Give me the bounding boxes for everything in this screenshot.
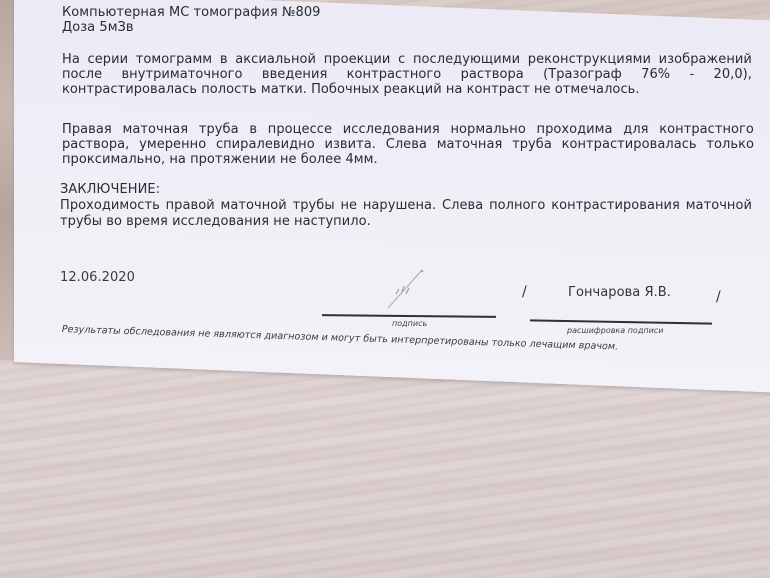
conclusion-line1: Проходимость правой маточной трубы не на… xyxy=(60,198,752,213)
word: маточной xyxy=(221,198,287,213)
word: извита. xyxy=(324,137,376,152)
dose-info: Доза 5мЗв xyxy=(62,20,134,35)
handwritten-signature-icon xyxy=(382,264,432,314)
word: в xyxy=(249,122,257,137)
word: не xyxy=(340,198,357,213)
disclaimer-text: Результаты обследования не являются диаг… xyxy=(62,324,619,352)
word: нарушена. xyxy=(363,198,436,213)
word: 76% xyxy=(641,67,670,82)
word: маточная xyxy=(437,137,503,152)
word: Слева xyxy=(442,198,483,213)
word: правой xyxy=(166,198,215,213)
conclusion-heading: ЗАКЛЮЧЕНИЕ: xyxy=(60,182,160,197)
word: серии xyxy=(88,52,129,67)
word: - xyxy=(689,67,694,82)
word: (Тразограф xyxy=(543,67,622,82)
word: для xyxy=(623,122,648,137)
word: спиралевидно xyxy=(216,137,315,152)
signature-line xyxy=(322,314,496,318)
signature-label: подпись xyxy=(392,319,427,328)
word: только xyxy=(706,137,754,152)
paragraph2-line2: раствора, умеренно спиралевидно извита. … xyxy=(62,137,754,152)
word: умеренно xyxy=(139,137,206,152)
report-content: Компьютерная МС томография №809 Доза 5мЗ… xyxy=(0,0,770,400)
word: реконструкциями xyxy=(528,52,651,67)
slash-left: / xyxy=(522,284,527,300)
word: аксиальной xyxy=(235,52,316,67)
word: контрастировалась xyxy=(562,137,697,152)
conclusion-line2: трубы во время исследования не наступило… xyxy=(60,214,371,229)
report-title: Компьютерная МС томография №809 xyxy=(62,5,321,20)
word: контрастирования xyxy=(551,198,680,213)
word: полного xyxy=(489,198,545,213)
word: нормально xyxy=(450,122,525,137)
slash-right: / xyxy=(716,289,721,305)
word: с xyxy=(398,52,405,67)
word: На xyxy=(62,52,80,67)
word: проекции xyxy=(324,52,391,67)
word: контрастного xyxy=(659,122,754,137)
word: Слева xyxy=(386,137,427,152)
report-date: 12.06.2020 xyxy=(60,270,135,285)
paragraph1-line3: контрастировалась полость матки. Побочны… xyxy=(62,82,640,97)
word: труба xyxy=(512,137,552,152)
word: исследования xyxy=(343,122,440,137)
paragraph1-line2: после внутриматочного введения контрастн… xyxy=(62,67,752,82)
word: раствора xyxy=(461,67,524,82)
word: после xyxy=(62,67,102,82)
word: раствора, xyxy=(62,137,129,152)
word: введения xyxy=(262,67,327,82)
word: труба xyxy=(199,122,239,137)
paragraph2-line1: Правая маточная труба в процессе исследо… xyxy=(62,122,754,137)
word: изображений xyxy=(659,52,752,67)
word: процессе xyxy=(268,122,332,137)
paragraph2-line3: проксимально, на протяжении не более 4мм… xyxy=(62,152,378,167)
doctor-name: Гончарова Я.В. xyxy=(568,285,671,300)
word: проходима xyxy=(537,122,613,137)
paragraph1-line1: На серии томограмм в аксиальной проекции… xyxy=(62,52,752,67)
word: контрастного xyxy=(347,67,442,82)
word: Правая xyxy=(62,122,112,137)
name-line xyxy=(530,319,712,324)
word: в xyxy=(220,52,228,67)
word: внутриматочного xyxy=(121,67,242,82)
word: Проходимость xyxy=(60,198,160,213)
word: маточной xyxy=(686,198,752,213)
name-decoding-label: расшифровка подписи xyxy=(567,326,663,335)
word: томограмм xyxy=(136,52,212,67)
word: маточная xyxy=(122,122,188,137)
word: последующими xyxy=(413,52,520,67)
word: трубы xyxy=(293,198,335,213)
word: 20,0), xyxy=(714,67,752,82)
